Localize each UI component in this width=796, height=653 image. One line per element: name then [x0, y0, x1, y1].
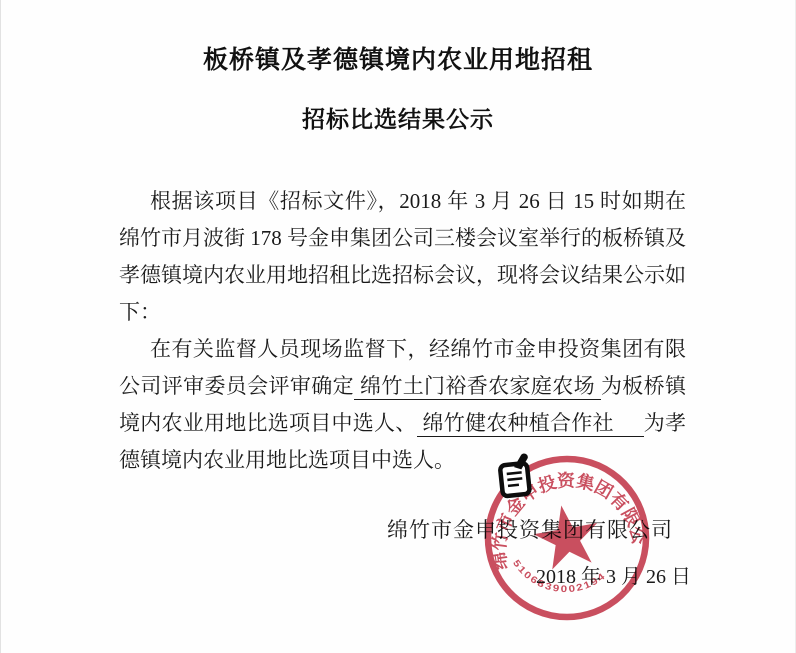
- paragraph-1-text: 根据该项目《招标文件》，2018 年 3 月 26 日 15 时如期在绵竹市月波…: [119, 189, 686, 324]
- paragraph-result: 在有关监督人员现场监督下，经绵竹市金申投资集团有限公司评审委员会评审确定绵竹土门…: [119, 331, 686, 479]
- document-title-line2: 招标比选结果公示: [1, 101, 795, 134]
- signature-company: 绵竹市金申投资集团有限公司: [387, 514, 673, 544]
- signature-date: 2018 年 3 月 26 日: [536, 560, 691, 589]
- document-body: 根据该项目《招标文件》，2018 年 3 月 26 日 15 时如期在绵竹市月波…: [119, 183, 686, 479]
- announcement-document: 板桥镇及孝德镇境内农业用地招租 招标比选结果公示 根据该项目《招标文件》，201…: [0, 0, 796, 653]
- memo-icon: [495, 453, 537, 499]
- document-title-line1: 板桥镇及孝德镇境内农业用地招租: [1, 40, 795, 76]
- winner-banqiao-underlined: 绵竹土门裕香农家庭农场: [354, 374, 601, 400]
- paragraph-meeting-info: 根据该项目《招标文件》，2018 年 3 月 26 日 15 时如期在绵竹市月波…: [119, 183, 686, 331]
- winner-xiaode-underlined: 绵竹健农种植合作社: [417, 411, 644, 437]
